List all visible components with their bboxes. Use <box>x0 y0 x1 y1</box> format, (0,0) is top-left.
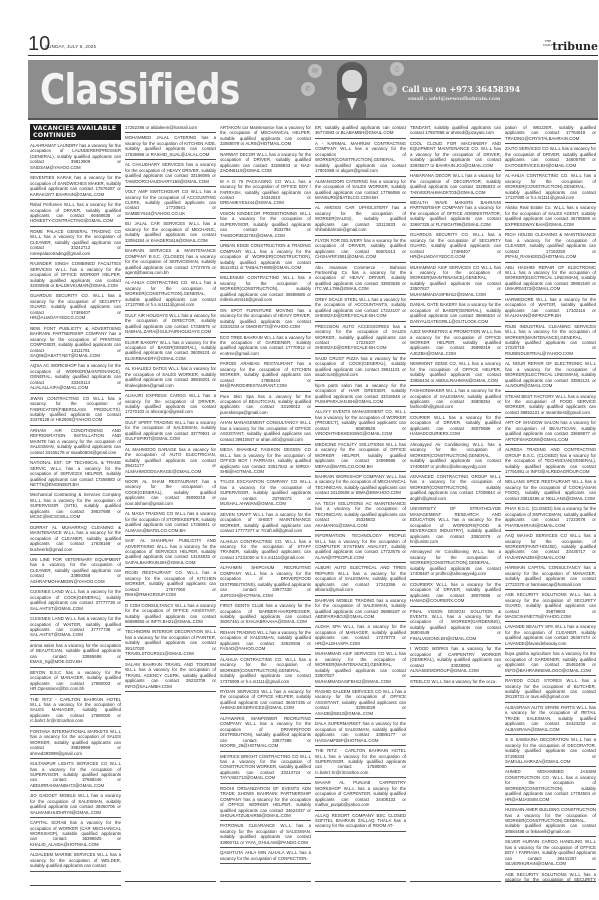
classified-ad: MAHAR AL PUNJAB CARPENTRY WORKSHOP W.L.L… <box>315 779 406 810</box>
classified-ad: QASHTUTA AHLA MIN ALHALA W.L.L has a vac… <box>220 849 311 864</box>
classified-ad: ALLAYY EVENTS MANAGEMENT CO. W.L.L has a… <box>315 408 406 439</box>
classified-ad: DURRAT AL MUHARRAQ CLEANING & MAINTENANC… <box>30 524 121 555</box>
classified-ad: GUARDUS SECURITY CO. W.L.L has a vacancy… <box>410 231 501 262</box>
classified-ad: PATRONUS CLEARANCE W.L.L has a vacancy f… <box>220 822 311 848</box>
classified-ad: ARTAKON car Maintenance has a vacancy fo… <box>220 124 311 150</box>
classified-ad: MEGA SHAHBAZ FASHION DESIGN CO W.L.L has… <box>220 446 311 477</box>
classified-ad: HUSSAIN AMER BUILDING CONSTRUCTION has a… <box>505 806 596 837</box>
classified-ad: ALBURI AUTO ELECTRICAL AND TIRES REPAIRS… <box>315 564 406 595</box>
classified-ad: AQSA AC WORKSHOP has a vacancy for the o… <box>30 362 121 393</box>
column-2: 17262296 or alidaleem@hotmail.comMOHAMME… <box>125 124 216 882</box>
classified-ad: REHAN TRADING W.L.L has a vacancy for th… <box>220 629 311 655</box>
classified-ad: UNIVERSITY OF STRATHCLYDE MANAGEMENT RES… <box>410 505 501 547</box>
classified-ad: 17262296 or alidaleem@hotmail.com <box>125 124 216 133</box>
classified-ad: ALLAQ RESORT COMPANY BSC CLOSED SOFITEL … <box>315 812 406 832</box>
classified-ad: ALDHA SPA W.L.L has a vacancy for the oc… <box>315 623 406 649</box>
classified-ad: MUHAMMAD ASIF SERVICES CO W.L.L has a va… <box>315 650 406 687</box>
classified-ad: AHAN MANAGEMENT CONSULTANCY W.L.L has a … <box>220 419 311 445</box>
classified-ad: AL MASA TRADING CO W.L.L has a vacancy f… <box>125 510 216 536</box>
column-1-ads: ALAHRAMAT LAUNDRY has a vacancy for the … <box>30 142 121 872</box>
column-2-ads: 17262296 or alidaleem@hotmail.comMOHAMME… <box>125 124 216 692</box>
classified-ad: GREY SCALE STEEL W.L.L has a vacancy for… <box>315 296 406 322</box>
classified-ad: PRECISION AUTO ACCESSORIES has a vacancy… <box>315 323 406 354</box>
column-6-ads: pation of WELDER, suitably qualified app… <box>505 124 596 882</box>
classified-ad: NATIONAL EST. OF TECHNICAL & TRADE SERVI… <box>30 459 121 490</box>
classified-ad: ALAHRAMAT LAUNDRY has a vacancy for the … <box>30 142 121 173</box>
classified-ad: ELIXIR BAKERY W.L.L has a vacancy for th… <box>125 339 216 365</box>
classified-ad: AL KHALEEJ DATES W.L.L has a vacancy for… <box>125 365 216 391</box>
classified-ad: S S SAMSAINA DECORATION W.L.L has a vaca… <box>505 736 596 767</box>
classified-ad: Alraha Real Estate Co. W.L.L has a vacan… <box>505 204 596 230</box>
classified-ad: ALHAJRI EXPRESS CARGO W.L.L has a vacanc… <box>125 392 216 418</box>
classified-ad: COURIER W.L.L has a vacancy for the occu… <box>410 414 501 440</box>
classified-ad: ER, suitably qualified applicants can co… <box>315 124 406 139</box>
globe-icon: ◍ <box>383 82 397 96</box>
classified-ad: VISION KINDECOR PROMOTIONING W.L.L has a… <box>220 210 311 241</box>
classified-ad: TENDANT, suitably qualified applicants c… <box>410 124 501 139</box>
classified-ad: ART OF SHADOW SALON has a vacancy for th… <box>505 419 596 445</box>
classified-ad: ROOHI ORGANIZATION OF EVENTS ADN TRADE S… <box>220 785 311 822</box>
classified-ad: HARWEDORE W.L.L has a vacancy for the oc… <box>505 296 596 322</box>
column-5: TENDANT, suitably qualified applicants c… <box>410 124 501 882</box>
classified-ad: THE RITZ - CARLTON BAHRAIN HOTEL W.L.L h… <box>30 696 121 727</box>
email-text: email : advt@newsofbahrain.com <box>408 96 500 102</box>
classified-ad: LAVANDE BEAUTY SPA W.L.L has a vacancy f… <box>505 623 596 649</box>
column-6: pation of WELDER, suitably qualified app… <box>505 124 596 882</box>
classified-ad: pation of WELDER, suitably qualified app… <box>505 124 596 144</box>
classified-ad: GULF SPIRIT TRADING W.L.L has a vacancy … <box>125 419 216 445</box>
classified-ad: AL CHAUDHARY SERVICES has a vacancy for … <box>125 161 216 187</box>
classified-ad: GUARDUS SECURITY CO. W.L.L has a vacancy… <box>30 292 121 323</box>
mascot-illustration <box>333 62 371 120</box>
classified-ad: hip-5 parts salon has a vacancy for the … <box>315 382 406 408</box>
classified-ad: AL-AHLIA CONTRACTING CO. W.L.L has a vac… <box>505 172 596 203</box>
classified-ad: WEALTH WAVE MAKERS BAHRAINI PARTNERSHIP … <box>410 199 501 230</box>
classified-ad: AHMED MOHAMMED JASSIM CONSTRUCTION CO. W… <box>505 768 596 805</box>
classified-ad: SAUD CRUST PIZZA has a vacancy for the o… <box>315 355 406 381</box>
column-3: ARTAKON car Maintenance has a vacancy fo… <box>220 124 311 882</box>
classified-ad: ON SPOT FURNITURE MOVING has a vacancy f… <box>220 307 311 333</box>
classified-ad: URBAN EDGE CONSTRUCTION & TRADING COMPAN… <box>220 242 311 273</box>
classified-ad: SALAM BAHRAIN TRAVEL AND TOURISM W.L.L h… <box>125 661 216 692</box>
classified-ad: MILLENIUM CONTRACTING W.L.L has a vacanc… <box>220 274 311 305</box>
classified-ad: RSJB INDUSTRIAL CLEANING SERVICES W.L.L … <box>505 323 596 360</box>
classified-ad: ZAITO SERVICES CO W.L.L has a vacancy fo… <box>505 145 596 171</box>
classified-ad: RICH HOUSE CLEANING & MAINTENANCE has a … <box>505 231 596 262</box>
classified-ad: FASHIONMAKER W.L.L has a vacancy for the… <box>410 387 501 413</box>
column-4-ads: ER, suitably qualified applicants can co… <box>315 124 406 832</box>
classified-ad: TYLOS EXCAVATION COMPANY CO W.L.L has a … <box>220 478 311 509</box>
classified-ad: PARODI ARABIAN RESTAURANT has a vacancy … <box>220 360 311 391</box>
classified-ad: GULF AIR HOLIDAYS W.L.L has a vacancy fo… <box>125 312 216 338</box>
classified-ad: AL-AHLIA CONTRACTING CO. W.L.L has a vac… <box>125 279 216 310</box>
classified-ad: buya gaisha agriculture has a vacancy fo… <box>505 650 596 676</box>
classified-ad: BEYON B.S.C has a vacancy for the occupa… <box>30 669 121 695</box>
classified-ad: NELLANS SPICE RESTAURANT W.L.L has a vac… <box>505 478 596 504</box>
classified-ad: NEWMONT GEMS CO. W.L.L has a vacancy for… <box>410 360 501 386</box>
classified-ad: MUHAMMAD ASIF SERVICES CO W.L.L has a va… <box>410 264 501 301</box>
mobile-icon: ▯ <box>390 62 404 76</box>
classified-ad: AJEZ MARKETING & PROMOTION W.L.L has a v… <box>410 328 501 359</box>
classified-ad: Abu Insamam Commerce - Bahraini Partners… <box>315 264 406 295</box>
section-title: Classifieds <box>40 64 239 116</box>
classified-ad: ASB SECURITY SOLUTIONS W.L.L has a vacan… <box>505 871 596 882</box>
classified-ad: ROME PALACE GENERAL TRADING CO W.L.L has… <box>30 228 121 259</box>
classified-ad: THE RITZ - CARLTON BAHRAIN HOTEL W.L.L h… <box>315 747 406 778</box>
classified-ad: D COM CONSULTANCY W.L.L has a vacancy fo… <box>125 602 216 628</box>
classified-ad: STEELCO W.L.L has a vacancy for the occu… <box>410 678 501 687</box>
classified-ad: ECO TREE BAHRAIN W.L.L has a vacancy for… <box>220 334 311 360</box>
classified-ad: Pure Skin Spa has a vacancy for the occu… <box>220 393 311 419</box>
classified-ad: NOOR AL SHAM RESTAURANT has a vacancy fo… <box>125 478 216 509</box>
classified-ad: CUISINES LAND W.L.L has a vacancy for th… <box>30 588 121 614</box>
newspaper-logo: THE DAILYtribune <box>543 40 598 53</box>
classified-ad: ADVANCED CONTRACTING GROUP W.L.L has a v… <box>410 473 501 504</box>
classified-ad: M A D 75 PACKAGING CO W.L.L has a vacanc… <box>220 178 311 209</box>
classified-ad: ALFAHMIN SHIPCHUM RECRUITING COMPANY W.L… <box>220 564 311 601</box>
column-5-ads: TENDANT, suitably qualified applicants c… <box>410 124 501 687</box>
classified-ad: TECHNORM INTERIOR DECORATION W.L.L has a… <box>125 628 216 659</box>
brand-name: tribune <box>552 40 598 53</box>
classified-ad: AAQ MAHAD SERVICES CO W.L.L has a vacanc… <box>505 532 596 563</box>
classified-ad: AA TECH SOLUTIONS AC MAINTENANCE has a v… <box>315 500 406 531</box>
classifieds-banner: Classifieds ✉ ✆ ▯ ◍ Call us on +973 3645… <box>28 60 598 120</box>
classified-ad: HABARANA DECOR W.L.L has a vacancy for t… <box>410 172 501 198</box>
classified-ad: FLYON FOR DELIVERY has a vacancy for the… <box>315 237 406 263</box>
classified-ad: BU JALAL CAR SERVICES W.L.L has a vacanc… <box>125 220 216 246</box>
classified-ad: ALAHLIA CONTRACTING CO. W.L.L has a vaca… <box>220 656 311 687</box>
classified-ad: CAPITAL SCRAB has a vacancy for the occu… <box>30 819 121 850</box>
classified-ad: BAHRAIN MOBILE TRADING has a vacancy for… <box>315 597 406 623</box>
classified-ad: AL AMOSSI CAR UPHOLSTERY has a vacancy f… <box>315 204 406 235</box>
classified-ad: SEVENTIES KARAK has a vacancy for the oc… <box>30 174 121 200</box>
classified-ad: ALMANSOORI CATERING has a vacancy for th… <box>315 178 406 204</box>
brand-prefix: THE DAILY <box>543 40 551 47</box>
column-1: VACANCIES AVAILABLE CONTINUED ALAHRAMAT … <box>30 124 121 886</box>
classified-ad: ALAHLIA CONTRACTING CO. W.L.L has a vaca… <box>220 538 311 564</box>
classified-ad: SEVEN CRAFT W.L.L has a vacancy for the … <box>220 511 311 537</box>
classified-ad: ASB SECURITY SOLUTIONS W.L.L has a vacan… <box>505 591 596 622</box>
classifieds-columns: VACANCIES AVAILABLE CONTINUED ALAHRAMAT … <box>30 124 598 890</box>
classified-ad: RYDAN SERVICES W.L.L has a vacancy for t… <box>220 688 311 714</box>
mail-icon: ✉ <box>308 64 322 78</box>
masthead: 10 SUNDAY, JULY 6, 2025 THE DAILYtribune <box>28 38 598 56</box>
classified-ad: ARHAM AIR CONDITIONING AND REFRIGERATION… <box>30 427 121 458</box>
classified-ad: BAHRAIN SERVICES & MAINTENANCE COMPANY B… <box>125 247 216 278</box>
classified-ad: AL NOUR REPAIR OF ELECTRONIC W.L.L has a… <box>505 360 596 391</box>
classified-ad: JIWAN CONTRACTING CO W.L.L has a vacancy… <box>30 395 121 426</box>
classified-ad: Almoayyed Air Conditioning W.L.L has a v… <box>410 441 501 472</box>
classified-ad: SAIF AL SHAHRIAH PUBLICITY AND ADVERTISI… <box>125 537 216 568</box>
classified-ad: JIO GADGET MOBILE W.L.L has a vacancy fo… <box>30 792 121 818</box>
classified-ad: ROJID RESTAURANT CO. W.L.L has a vacancy… <box>125 569 216 600</box>
classified-ad: A - KARIMAL MAHRUM CONTRACTING COMPANY W… <box>315 140 406 177</box>
classified-ad: aroma salon has a vacancy for the occupa… <box>30 642 121 668</box>
classified-ad: DANIAL GATE BAKERY has a vacancy for the… <box>410 301 501 327</box>
classified-ad: FINAL VISION DESIGN SOLUTION & EVENTS W.… <box>410 608 501 645</box>
classified-ad: NEW FONT PUBLICITY & ADVERTISING BAHRAIN… <box>30 325 121 362</box>
classified-ad: VOLT AMP SWITCHGEAR CO W.L.L has a vacan… <box>125 188 216 219</box>
classified-ad: ALREDA TRADING AND CONTRACTING GROUP B.S… <box>505 446 596 477</box>
classified-ad: PHAY B.S.C. (CLOSED) has a vacancy for t… <box>505 505 596 531</box>
classified-ad: COOL CLOUD FOR MACHINERY AND EQUIPMENT M… <box>410 140 501 171</box>
classified-ad: RAJINDER SINGH COMBINED FACILITIES SERVI… <box>30 260 121 291</box>
classified-ad: COURIERX W.L.L has a vacancy for the occ… <box>410 581 501 607</box>
classified-ad: NARWAT DECOR W.L.L has a vacancy for the… <box>220 151 311 177</box>
classified-ad: Mechanical Contracting & Services Compan… <box>30 491 121 522</box>
classified-ad: Almoayyed Air Conditioning W.L.L has a v… <box>410 548 501 579</box>
section-heading: VACANCIES AVAILABLE CONTINUED <box>30 124 121 140</box>
classified-ad: RASHID SALEEM SERVICES CO W.L.L has a va… <box>315 688 406 719</box>
classified-ad: FIRST GENTS CLUB has a vacancy for the o… <box>220 602 311 628</box>
classified-ad: ABU HASHIM REPAIR OF ELECTRONIC W.L.L ha… <box>505 264 596 295</box>
classified-ad: BAHRAIN WORKSHOP COMPANY W.L.L has a vac… <box>315 473 406 499</box>
classified-ad: SILVER HURAIN CARGO HANDLING W.L.L has a… <box>505 838 596 869</box>
classified-ad: ALFAWARIS MANPOWER RECRUITING COMPANY W.… <box>220 715 311 752</box>
classified-ad: RAYEDD COLD STORES W.L.L has a vacancy f… <box>505 677 596 703</box>
classified-ad: ALDALEEM MARINE SERVICES W.L.L has a vac… <box>30 851 121 871</box>
call-us-text: Call us on +973 36458394 <box>402 84 520 94</box>
classified-ad: AL MAHMOOD GARAGE has a vacancy for the … <box>125 446 216 477</box>
phone-icon: ✆ <box>301 82 315 96</box>
classified-ad: FONTANA INTERNATIONAL MARKETS W.L.L has … <box>30 728 121 759</box>
classified-ad: CUISINES LAND W.L.L has a vacancy for th… <box>30 615 121 641</box>
classified-ad: ALBASRAVA AUTO SPARE PARTS W.L.L has a v… <box>505 704 596 735</box>
classified-ad: DALA SUPERMARKET has a vacancy for the o… <box>315 720 406 746</box>
classified-ad: UNI LINE FOR VETERINARY EQUIPMENT has a … <box>30 556 121 587</box>
classified-ad: Rahul Perfumes W.L.L has a vacancy for t… <box>30 201 121 227</box>
classified-ad: SULTANPUR LIGHTS SERVICES CO W.L.L has a… <box>30 760 121 791</box>
classified-ad: MOHAMMED JALAL CATERING has a vacancy fo… <box>125 134 216 160</box>
page-date: SUNDAY, JULY 6, 2025 <box>45 44 96 49</box>
classified-ad: STEAM BEST FACTORY W.L.L has a vacancy f… <box>505 393 596 419</box>
classified-ad: HARMAIN CAPITAL CONSULTANCY has a vacanc… <box>505 564 596 590</box>
column-4: ER, suitably qualified applicants can co… <box>315 124 406 882</box>
classified-ad: MEDICINE FACILITY SOLUTIONS W.L.L has a … <box>315 441 406 472</box>
classified-ad: MEYRICK BRIGHT CONTRACTING CO W.L.L has … <box>220 753 311 784</box>
column-3-ads: ARTAKON car Maintenance has a vacancy fo… <box>220 124 311 864</box>
classified-ad: I WOOD WORKS has a vacancy for the occup… <box>410 645 501 676</box>
classified-ad: INFORMATION TECHNOLOGY PEOPLE W.L.L has … <box>315 532 406 563</box>
